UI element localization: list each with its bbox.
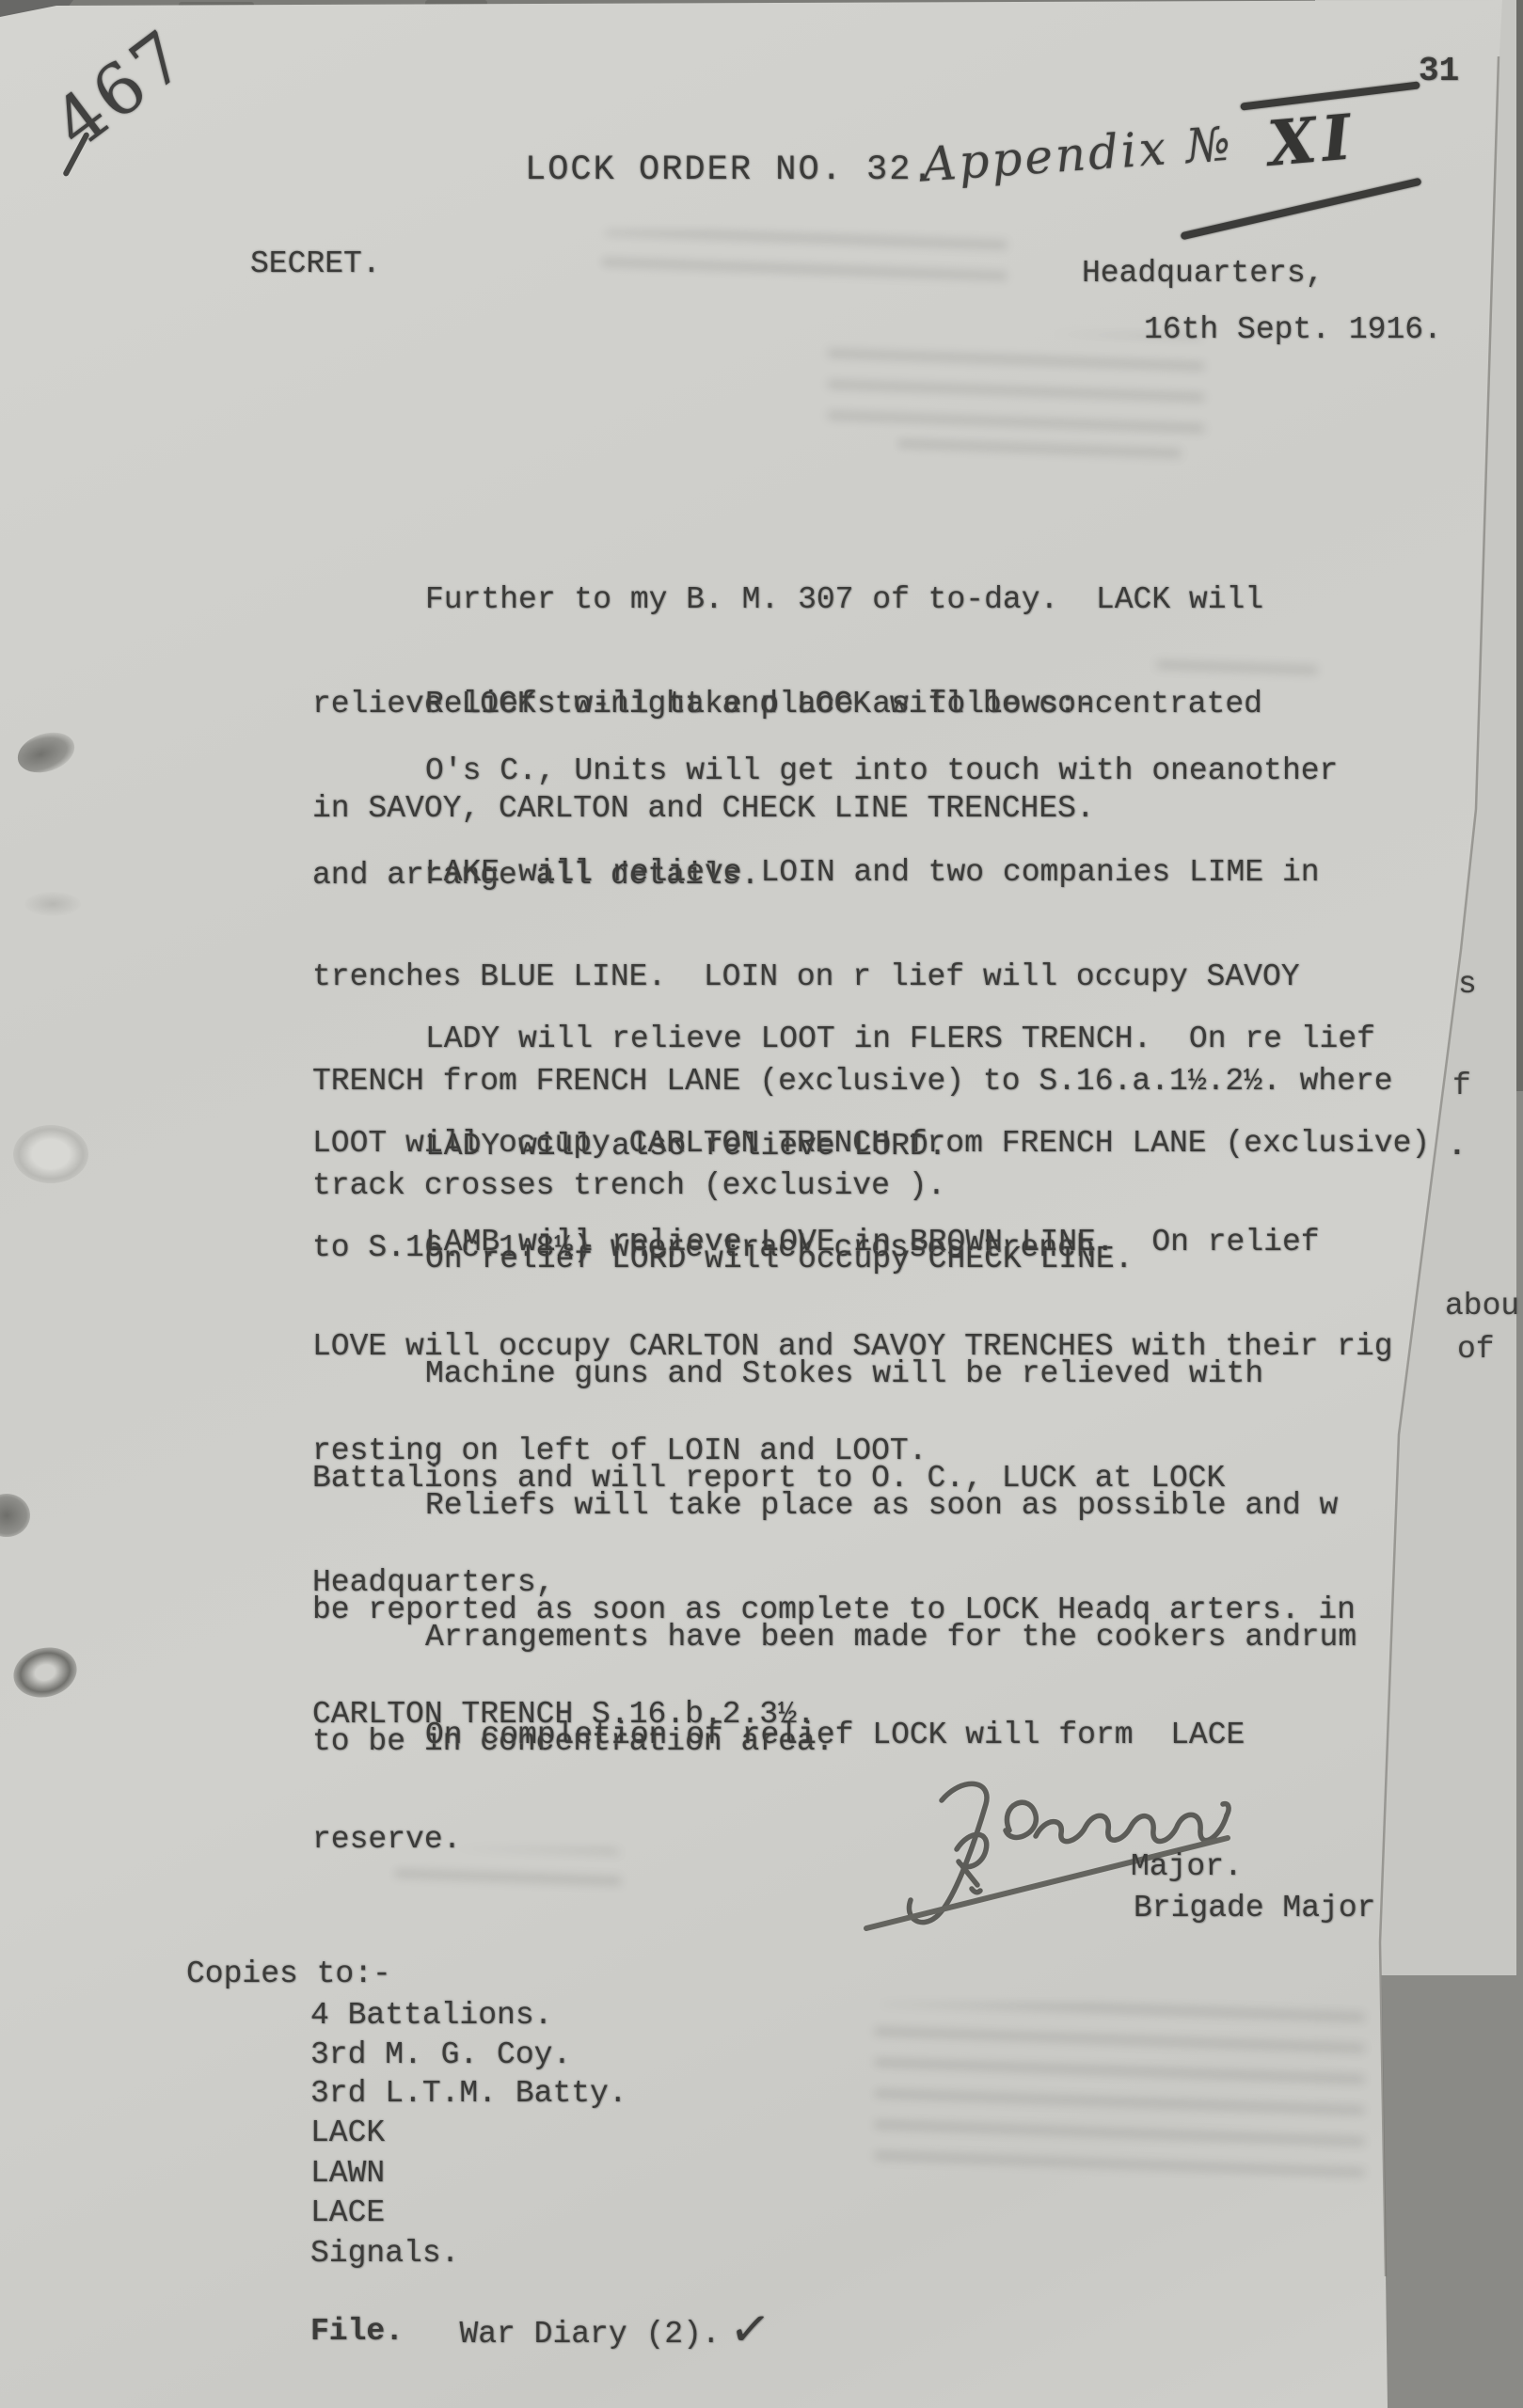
appendix-label: Appendix № bbox=[920, 117, 1235, 193]
ghost-text-smudge bbox=[602, 230, 1007, 289]
date-line: 16th Sept. 1916. bbox=[1144, 312, 1442, 347]
edge-fragment: of bbox=[1457, 1332, 1495, 1367]
ghost-text-smudge bbox=[898, 428, 1181, 470]
body-line: Reliefs will take place as soon as possi… bbox=[312, 1488, 1441, 1523]
body-line: Machine guns and Stokes will be relieved… bbox=[312, 1356, 1441, 1391]
copies-item: 3rd M. G. Coy. bbox=[310, 2037, 571, 2072]
edge-fragment: s bbox=[1458, 967, 1477, 1002]
page-number: 31 bbox=[1419, 52, 1459, 90]
scanned-document-page: s f . abou of 467 31 LOCK ORDER NO. 32. … bbox=[0, 0, 1523, 2408]
ref-number-handwritten: 467 bbox=[40, 14, 203, 166]
copies-item: LACE bbox=[310, 2195, 385, 2230]
punch-hole bbox=[24, 892, 81, 916]
edge-fragment: abou bbox=[1445, 1289, 1519, 1323]
body-line: LADY will relieve LOOT in FLERS TRENCH. … bbox=[312, 1022, 1441, 1056]
edge-fragment: . bbox=[1448, 1129, 1467, 1164]
ghost-text-smudge bbox=[828, 334, 1204, 442]
copies-item: Signals. bbox=[310, 2236, 459, 2271]
copies-item: 4 Battalions. bbox=[310, 1998, 552, 2033]
ghost-text-smudge bbox=[875, 2004, 1364, 2182]
edge-fragment: f bbox=[1452, 1069, 1471, 1103]
body-line: LAMB will relieve LOVE in BROWN LINE. On… bbox=[312, 1225, 1441, 1259]
body-line: O's C., Units will get into touch with o… bbox=[312, 753, 1441, 788]
punch-hole bbox=[0, 1494, 30, 1537]
classification-label: SECRET. bbox=[250, 246, 381, 281]
checkmark-icon: ✓ bbox=[727, 2311, 771, 2350]
copies-item: 3rd L.T.M. Batty. bbox=[310, 2076, 627, 2111]
punch-hole bbox=[13, 1125, 88, 1183]
body-line: Further to my B. M. 307 of to-day. LACK … bbox=[312, 582, 1441, 617]
punch-hole bbox=[12, 725, 79, 779]
copies-item-label: War Diary (2). bbox=[459, 2317, 720, 2352]
copies-item: File. bbox=[310, 2314, 404, 2349]
signature-rank: Major. bbox=[1131, 1849, 1243, 1884]
copies-heading: Copies to:- bbox=[186, 1956, 391, 1991]
signature-title: Brigade Major. bbox=[1134, 1891, 1394, 1925]
appendix-number: XI bbox=[1265, 100, 1360, 181]
order-title: LOCK ORDER NO. 32. bbox=[525, 150, 935, 190]
paper-sheet: 467 31 LOCK ORDER NO. 32. Appendix № XI … bbox=[0, 0, 1523, 2408]
copies-item: LACK bbox=[310, 2115, 385, 2150]
body-line: LAKE will relieve LOIN and two companies… bbox=[312, 855, 1441, 890]
body-paragraph-11: On completion of relief LOCK will form L… bbox=[312, 1648, 1441, 1926]
punch-hole bbox=[8, 1641, 83, 1704]
body-line: On completion of relief LOCK will form L… bbox=[312, 1718, 1441, 1752]
body-line: reserve. bbox=[312, 1822, 1441, 1857]
headquarters-line: Headquarters, bbox=[1082, 256, 1324, 291]
copies-item: LAWN bbox=[310, 2156, 385, 2191]
appendix-underline-stroke bbox=[1180, 178, 1421, 241]
